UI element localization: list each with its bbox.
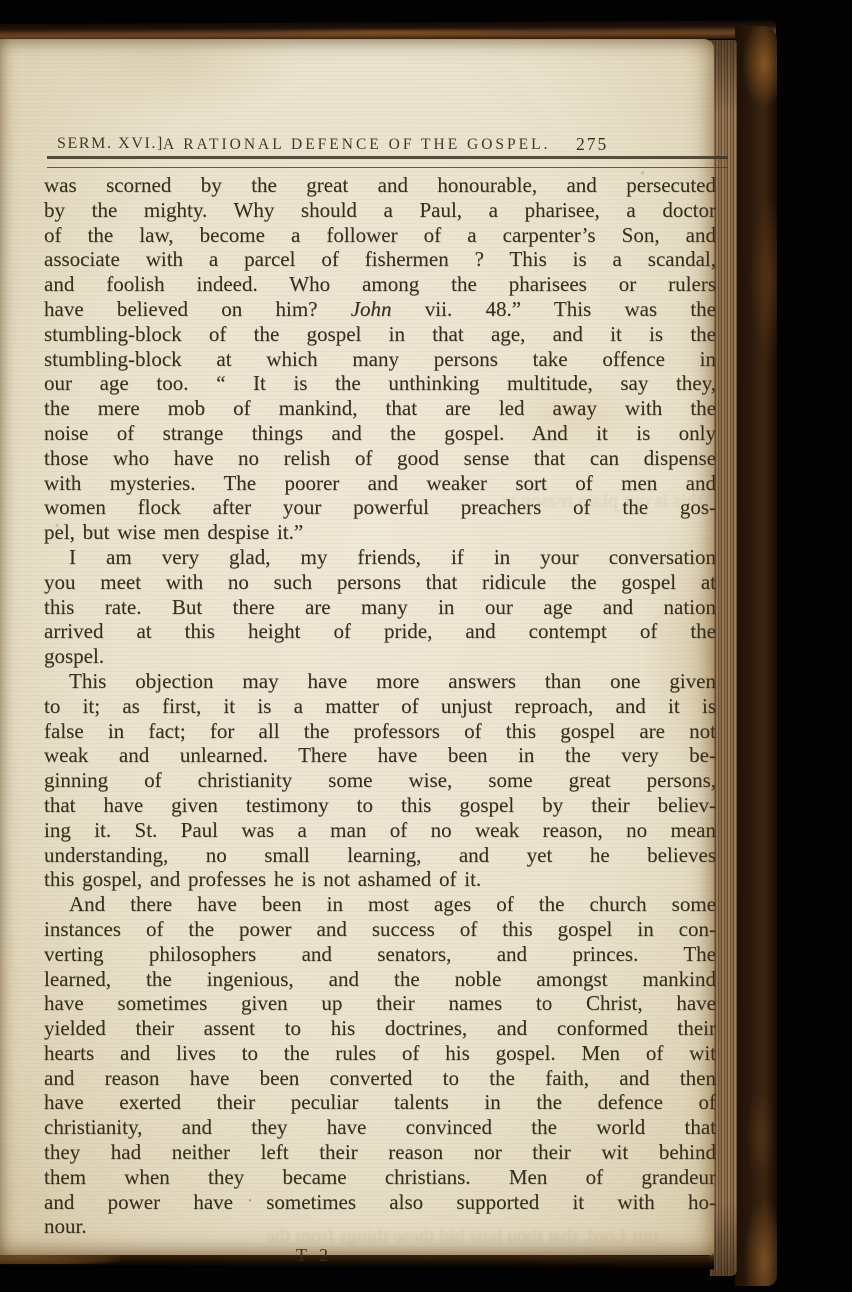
text-line: the mere mob of mankind, that are led aw… — [44, 396, 716, 421]
text-line: This objection may have more answers tha… — [44, 669, 716, 694]
text-line: I am very glad, my friends, if in your c… — [44, 545, 716, 570]
text-line: stumbling-block of the gospel in that ag… — [44, 322, 716, 347]
text-line: hearts and lives to the rules of his gos… — [44, 1041, 716, 1066]
text-line: weak and unlearned. There have been in t… — [44, 743, 716, 768]
book-page: SERM. XVI.] A RATIONAL DEFENCE OF THE GO… — [0, 39, 714, 1255]
text-line: arrived at this height of pride, and con… — [44, 619, 716, 644]
text-line: you meet with no such persons that ridic… — [44, 570, 716, 595]
book-cover-right-edge — [735, 26, 777, 1286]
page-body: was scorned by the great and honourable,… — [44, 173, 716, 1239]
text-line: instances of the power and success of th… — [44, 917, 716, 942]
text-line: have sometimes given up their names to C… — [44, 991, 716, 1016]
text-line: they had neither left their reason nor t… — [44, 1140, 716, 1165]
text-line: and foolish indeed. Who among the pharis… — [44, 272, 716, 297]
text-line: nour. — [44, 1214, 716, 1239]
header-double-rule — [47, 156, 728, 168]
text-line: those who have no relish of good sense t… — [44, 446, 716, 471]
text-line: noise of strange things and the gospel. … — [44, 421, 716, 446]
text-line: christianity, and they have convinced th… — [44, 1115, 716, 1140]
text-line: and reason have been converted to the fa… — [44, 1066, 716, 1091]
text-line: have exerted their peculiar talents in t… — [44, 1090, 716, 1115]
text-line: have believed on him? John vii. 48.” Thi… — [44, 297, 716, 322]
running-header-title: A RATIONAL DEFENCE OF THE GOSPEL. — [163, 136, 550, 154]
signature-mark: T 2 — [296, 1245, 332, 1266]
text-line: false in fact; for all the professors of… — [44, 719, 716, 744]
text-line: women flock after your powerful preacher… — [44, 495, 716, 520]
text-line: that have given testimony to this gospel… — [44, 793, 716, 818]
text-line: And there have been in most ages of the … — [44, 892, 716, 917]
text-line: this rate. But there are many in our age… — [44, 595, 716, 620]
running-header-section: SERM. XVI.] — [57, 135, 164, 153]
text-line: ginning of christianity some wise, some … — [44, 768, 716, 793]
text-line: of the law, become a follower of a carpe… — [44, 223, 716, 248]
text-line: to it; as first, it is a matter of unjus… — [44, 694, 716, 719]
text-line: yielded their assent to his doctrines, a… — [44, 1016, 716, 1041]
text-line: learned, the ingenious, and the noble am… — [44, 967, 716, 992]
text-line: and power have sometimes also supported … — [44, 1190, 716, 1215]
page-number: 275 — [576, 134, 608, 155]
text-line: with mysteries. The poorer and weaker so… — [44, 471, 716, 496]
text-line: understanding, no small learning, and ye… — [44, 843, 716, 868]
text-line: stumbling-block at which many persons ta… — [44, 347, 716, 372]
text-line: gospel. — [44, 644, 716, 669]
text-line: ing it. St. Paul was a man of no weak re… — [44, 818, 716, 843]
text-line: pel, but wise men despise it.” — [44, 520, 716, 545]
photo-background: SERM. XVI.] A RATIONAL DEFENCE OF THE GO… — [0, 0, 852, 1292]
text-line: them when they became christians. Men of… — [44, 1165, 716, 1190]
text-line: our age too. “ It is the unthinking mult… — [44, 371, 716, 396]
text-line: verting philosophers and senators, and p… — [44, 942, 716, 967]
text-line: by the mighty. Why should a Paul, a phar… — [44, 198, 716, 223]
text-line: this gospel, and professes he is not ash… — [44, 867, 716, 892]
text-line: associate with a parcel of fishermen ? T… — [44, 247, 716, 272]
text-line: was scorned by the great and honourable,… — [44, 173, 716, 198]
